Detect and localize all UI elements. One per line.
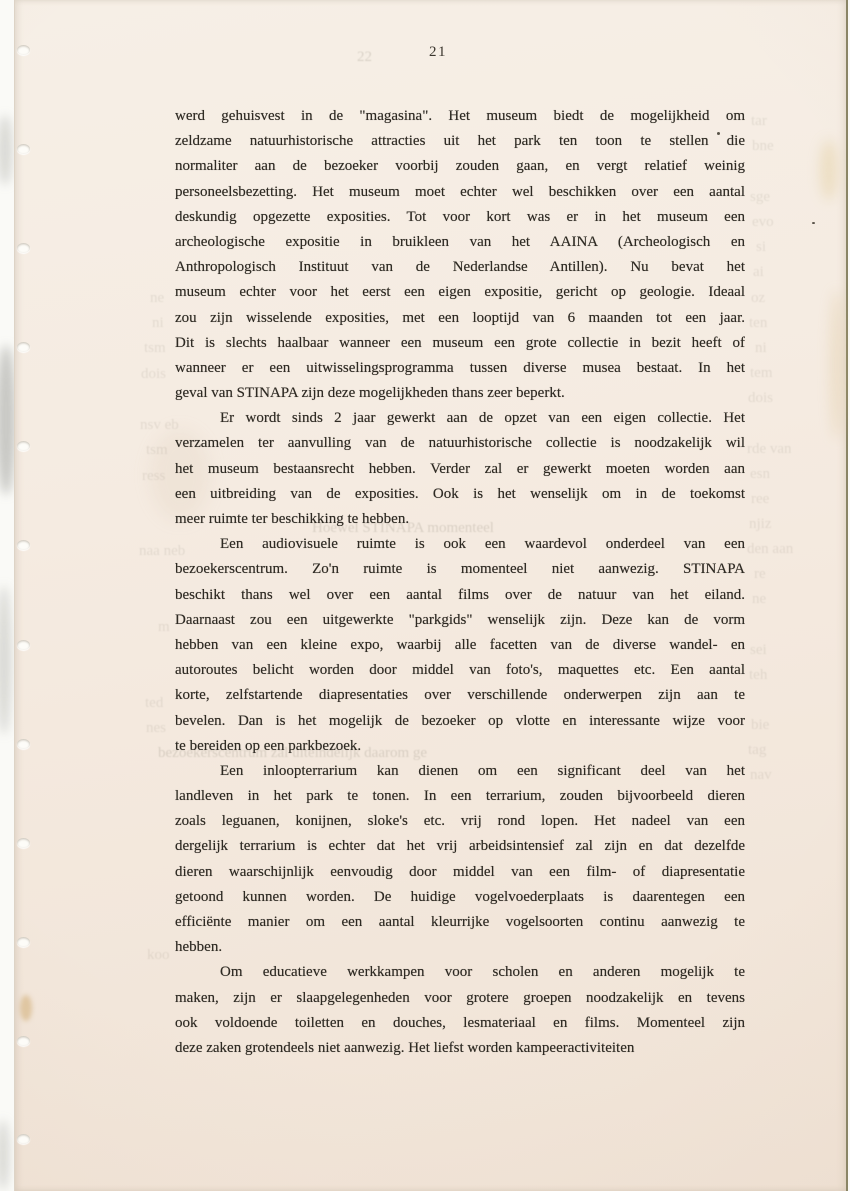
text-line: hebben.	[175, 935, 745, 960]
bleed-through-text: ne	[150, 290, 164, 307]
text-line: bevelen. Dan is het mogelijk de bezoeker…	[175, 709, 745, 734]
bleed-through-text: nes	[146, 720, 166, 737]
text-line: efficiënte manier om een aantal kleurrij…	[175, 910, 745, 935]
bleed-through-text: nav	[750, 767, 772, 784]
bleed-through-text: teh	[749, 667, 767, 684]
bleed-through-text: tem	[750, 365, 773, 382]
punch-hole	[17, 540, 30, 550]
text-line: bezoekerscentrum. Zo'n ruimte is momente…	[175, 557, 745, 582]
bleed-through-text: rde van	[747, 441, 792, 458]
text-line: Een audiovisuele ruimte is ook een waard…	[175, 532, 745, 557]
scanner-smudge	[0, 1120, 9, 1190]
text-line: deze zaken grotendeels niet aanwezig. He…	[175, 1036, 745, 1061]
punch-hole	[17, 342, 30, 352]
punch-hole	[17, 739, 30, 749]
punch-hole	[17, 838, 30, 848]
punch-hole	[17, 441, 30, 451]
text-line: wanneer er een uitwisselingsprogramma tu…	[175, 356, 745, 381]
page-number: 21	[429, 44, 447, 61]
bleed-through-text: m	[158, 619, 170, 636]
bleed-through-text: tsm	[146, 442, 168, 459]
bleed-through-text: sge	[750, 189, 770, 206]
text-line: landleven in het park te tonen. In een t…	[175, 784, 745, 809]
text-line: te bereiden op een parkbezoek.	[175, 734, 745, 759]
paragraph: Om educatieve werkkampen voor scholen en…	[175, 960, 745, 1061]
bleed-through-text: ni	[755, 340, 767, 357]
text-line: beschikt thans wel over een aantal films…	[175, 583, 745, 608]
text-line: Om educatieve werkkampen voor scholen en…	[175, 960, 745, 985]
paragraph: Een inloopterrarium kan dienen om een si…	[175, 759, 745, 961]
bleed-through-text: ted	[145, 695, 163, 712]
scanner-smudge	[0, 115, 12, 185]
text-line: zoals leguanen, konijnen, sloke's etc. v…	[175, 809, 745, 834]
text-line: getoond kunnen worden. De huidige vogelv…	[175, 885, 745, 910]
text-line: normaliter aan de bezoeker voorbij zoude…	[175, 154, 745, 179]
text-line: maken, zijn er slaapgelegenheden voor gr…	[175, 986, 745, 1011]
text-line: Daarnaast zou een uitgewerkte "parkgids"…	[175, 608, 745, 633]
bleed-through-text: ree	[751, 491, 769, 508]
text-line: Anthropologisch Instituut van de Nederla…	[175, 255, 745, 280]
ink-speck	[812, 222, 815, 224]
bleed-through-text: 22	[357, 49, 372, 66]
bleed-through-text: ten	[749, 315, 767, 332]
text-line: zou zijn wisselende exposities, met een …	[175, 306, 745, 331]
text-line: het museum bestaansrecht hebben. Verder …	[175, 457, 745, 482]
bleed-through-text: oz	[751, 290, 765, 307]
bleed-through-text: dois	[141, 366, 166, 383]
text-line: korte, zelfstartende diapresentaties ove…	[175, 683, 745, 708]
bleed-through-text: tsm	[144, 340, 166, 357]
text-line: Dit is slechts haalbaar wanneer een muse…	[175, 331, 745, 356]
punch-hole	[17, 640, 30, 650]
text-line: archeologische expositie in bruikleen va…	[175, 230, 745, 255]
bleed-through-text: sei	[750, 642, 767, 659]
bleed-through-text: dois	[748, 390, 773, 407]
text-line: dergelijk terrarium is echter dat het vr…	[175, 834, 745, 859]
ink-speck	[717, 132, 720, 135]
bleed-through-text: den aan	[747, 541, 793, 558]
text-line: meer ruimte ter beschikking te hebben.	[175, 507, 745, 532]
text-line: ook voldoende toiletten en douches, lesm…	[175, 1011, 745, 1036]
text-line: dieren waarschijnlijk eenvoudig door mid…	[175, 860, 745, 885]
text-line: hebben van een kleine expo, waarbij alle…	[175, 633, 745, 658]
text-line: Een inloopterrarium kan dienen om een si…	[175, 759, 745, 784]
punch-hole	[17, 243, 30, 253]
bleed-through-text: tag	[748, 742, 766, 759]
bleed-through-text: koo	[147, 947, 170, 964]
bleed-through-text: esn	[750, 466, 770, 483]
punch-hole	[17, 1134, 30, 1144]
paragraph: werd gehuisvest in de "magasina". Het mu…	[175, 104, 745, 406]
text-line: zeldzame natuurhistorische attracties ui…	[175, 129, 745, 154]
text-line: autoroutes belicht worden door middel va…	[175, 658, 745, 683]
bleed-through-text: ai	[753, 264, 764, 281]
paragraph: Er wordt sinds 2 jaar gewerkt aan de opz…	[175, 406, 745, 532]
bleed-through-text: bne	[752, 138, 774, 155]
punch-hole	[17, 144, 30, 154]
bleed-through-text: tar	[751, 113, 767, 130]
bleed-through-text: nsv eb	[140, 417, 179, 434]
text-line: personeelsbezetting. Het museum moet ech…	[175, 180, 745, 205]
text-line: werd gehuisvest in de "magasina". Het mu…	[175, 104, 745, 129]
bleed-through-text: bie	[751, 717, 769, 734]
bleed-through-text: si	[756, 239, 766, 256]
text-block: werd gehuisvest in de "magasina". Het mu…	[175, 104, 745, 1061]
paragraph: Een audiovisuele ruimte is ook een waard…	[175, 532, 745, 759]
scanner-smudge	[0, 585, 11, 735]
text-line: museum echter voor het eerst een eigen e…	[175, 280, 745, 305]
text-line: geval van STINAPA zijn deze mogelijkhede…	[175, 381, 745, 406]
bleed-through-text: re	[754, 566, 766, 583]
punch-hole	[17, 937, 30, 947]
text-line: Er wordt sinds 2 jaar gewerkt aan de opz…	[175, 406, 745, 431]
bleed-through-text: evo	[752, 214, 774, 231]
punch-hole	[17, 45, 30, 55]
punch-hole	[17, 1036, 30, 1046]
text-line: een uitbreiding van de exposities. Ook i…	[175, 482, 745, 507]
bleed-through-text: ne	[752, 591, 766, 608]
bleed-through-text: ress	[142, 468, 165, 485]
bleed-through-text: njiz	[749, 516, 772, 533]
bleed-through-text: ni	[152, 315, 164, 332]
text-line: verzamelen ter aanvulling van de natuurh…	[175, 431, 745, 456]
text-line: deskundig opgezette exposities. Tot voor…	[175, 205, 745, 230]
scanned-document-page: Hoewel STINAPA momenteelbezoekerscentrum…	[0, 0, 850, 1191]
